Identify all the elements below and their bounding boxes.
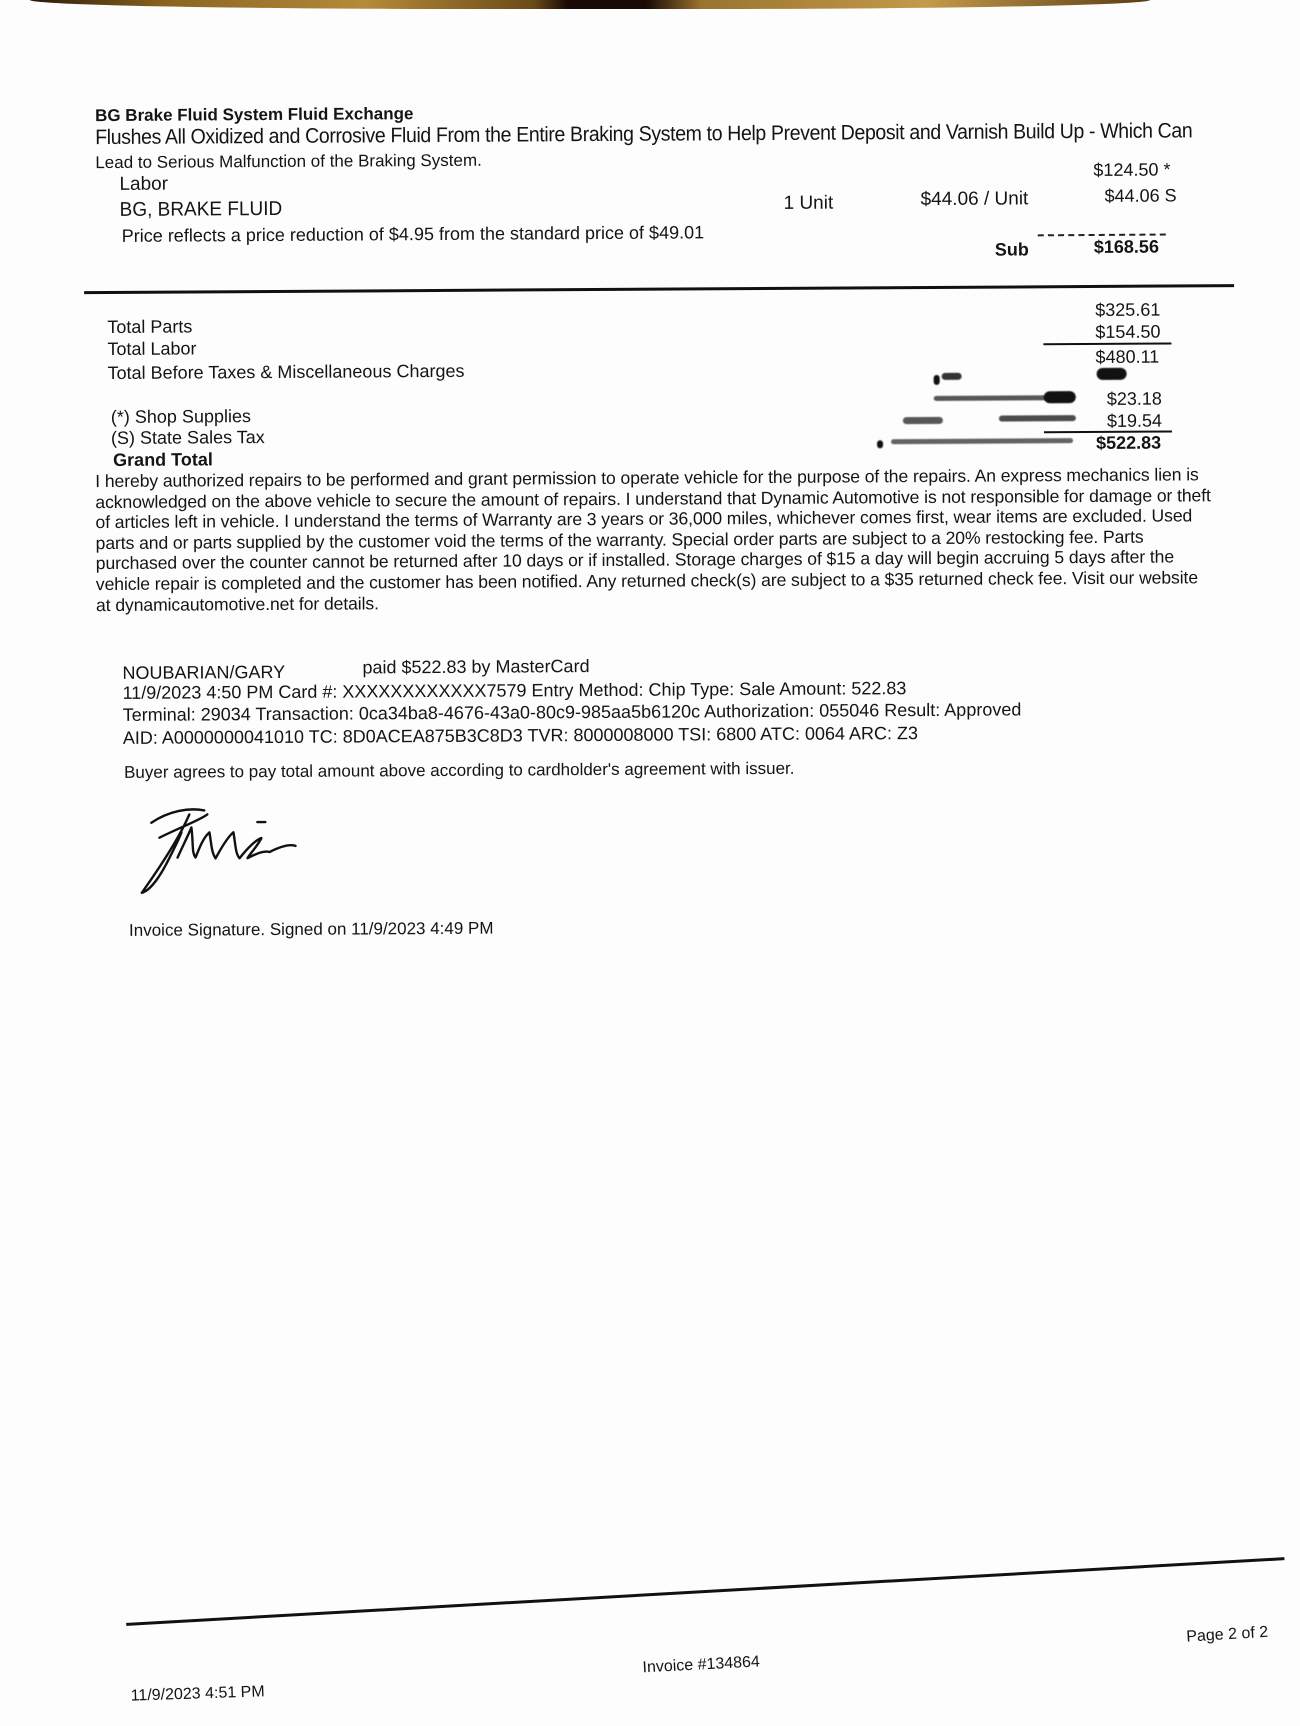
redaction-mark: [934, 375, 940, 385]
total-labor-label: Total Labor: [107, 338, 196, 360]
sales-tax-amount: $19.54: [1107, 411, 1162, 432]
service-title: BG Brake Fluid System Fluid Exchange: [95, 104, 413, 126]
redaction-mark: [1044, 391, 1076, 403]
redaction-mark: [999, 415, 1076, 421]
customer-name: NOUBARIAN/GARY: [122, 662, 285, 684]
sales-tax-label: (S) State Sales Tax: [111, 427, 265, 449]
footer-page-number: Page 2 of 2: [1186, 1624, 1269, 1647]
redaction-mark: [934, 395, 1059, 401]
shop-supplies-label: (*) Shop Supplies: [111, 406, 251, 428]
redaction-mark: [942, 373, 962, 380]
part-quantity: 1 Unit: [784, 193, 834, 215]
payment-summary: paid $522.83 by MasterCard: [362, 656, 589, 678]
payment-transaction-line: Terminal: 29034 Transaction: 0ca34ba8-46…: [123, 699, 1022, 725]
total-parts-label: Total Parts: [107, 316, 192, 338]
total-labor-amount: $154.50: [1095, 322, 1160, 343]
redaction-mark: [891, 438, 1073, 444]
redaction-mark: [877, 440, 883, 448]
price-reduction-note: Price reflects a price reduction of $4.9…: [122, 222, 704, 247]
grand-total-amount: $522.83: [1096, 433, 1161, 454]
signature-caption: Invoice Signature. Signed on 11/9/2023 4…: [129, 919, 494, 941]
terms-text: I hereby authorized repairs to be perfor…: [95, 464, 1216, 615]
labor-label: Labor: [119, 174, 168, 196]
subtotal-amount: $168.56: [1094, 237, 1159, 258]
labor-amount: $124.50 *: [1093, 160, 1170, 181]
total-before-label: Total Before Taxes & Miscellaneous Charg…: [108, 361, 465, 384]
service-description-cont: Lead to Serious Malfunction of the Braki…: [95, 151, 482, 173]
invoice-page: BG Brake Fluid System Fluid Exchange Flu…: [0, 0, 1300, 1726]
signature-image: [129, 801, 360, 902]
redaction-mark: [903, 417, 943, 424]
total-before-amount: $480.11: [1095, 347, 1159, 368]
footer-invoice-number: Invoice #134864: [642, 1653, 760, 1677]
subtotal-label: Sub: [995, 239, 1029, 260]
footer-rule: [126, 1557, 1284, 1626]
footer-printed-date: 11/9/2023 4:51 PM: [130, 1683, 265, 1705]
payment-emv-line: AID: A0000000041010 TC: 8D0ACEA875B3C8D3…: [123, 723, 918, 749]
buyer-agreement: Buyer agrees to pay total amount above a…: [124, 759, 795, 783]
redaction-mark: [1097, 368, 1127, 380]
part-amount: $44.06 S: [1104, 185, 1176, 206]
shop-supplies-amount: $23.18: [1107, 389, 1162, 410]
grand-total-label: Grand Total: [113, 449, 213, 471]
part-name: BG, BRAKE FLUID: [120, 198, 283, 222]
total-parts-amount: $325.61: [1095, 300, 1160, 321]
totals-rule: [1043, 343, 1171, 346]
section-divider: [84, 284, 1234, 294]
part-unit-price: $44.06 / Unit: [920, 188, 1028, 211]
